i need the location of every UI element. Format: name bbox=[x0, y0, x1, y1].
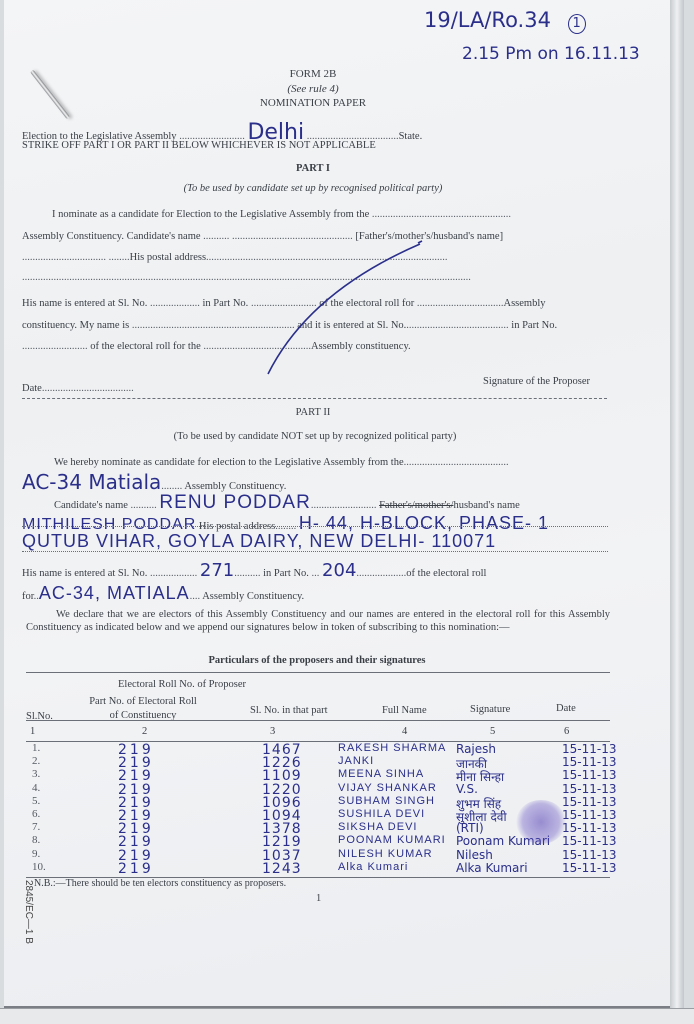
part2-slno: His name is entered at Sl. No. .........… bbox=[22, 560, 486, 581]
part2-text: Assembly Constituency. bbox=[184, 481, 286, 492]
row-full-name: SIKSHA DEVI bbox=[338, 821, 417, 833]
form-rule: (See rule 4) bbox=[0, 83, 626, 95]
row-part-no: 219 bbox=[118, 861, 154, 877]
row-full-name: Alka Kumari bbox=[338, 861, 408, 873]
paper-edge bbox=[670, 0, 684, 1010]
part1-text: I nominate as a candidate for Election t… bbox=[52, 209, 369, 220]
part1-text: and it is entered at Sl. No. bbox=[297, 320, 406, 331]
relation-struck: Father's/mother's/ bbox=[379, 500, 453, 511]
row-date: 15-11-13 bbox=[562, 861, 616, 875]
row-sl-no: 9. bbox=[32, 848, 40, 860]
row-sl-no: 6. bbox=[32, 808, 40, 820]
row-date: 15-11-13 bbox=[562, 755, 616, 769]
part1-text: in Part No. bbox=[511, 320, 557, 331]
candidate-label: Candidate's name bbox=[54, 500, 128, 511]
part1-text: of the electoral roll for bbox=[319, 298, 414, 309]
row-sl-no: 8. bbox=[32, 834, 40, 846]
row-sl-in-part: 1243 bbox=[262, 861, 302, 877]
header-partno: Part No. of Electoral Roll of Constituen… bbox=[88, 695, 198, 723]
partno-value: 204 bbox=[322, 560, 356, 581]
part1-line2: Assembly Constituency. Candidate's name … bbox=[22, 231, 503, 242]
form-number: FORM 2B bbox=[0, 68, 626, 80]
part1-text: of the electoral roll for the bbox=[90, 341, 201, 352]
row-date: 15-11-13 bbox=[562, 795, 616, 809]
row-full-name: SUSHILA DEVI bbox=[338, 808, 425, 820]
column-number: 3 bbox=[270, 726, 275, 737]
part1-heading: PART I bbox=[0, 163, 626, 174]
row-sl-no: 2. bbox=[32, 755, 40, 767]
page-number: 1 bbox=[316, 893, 321, 904]
partno-label: in Part No. bbox=[263, 568, 309, 579]
row-full-name: VIJAY SHANKAR bbox=[338, 782, 437, 794]
part1-text: His postal address bbox=[130, 252, 206, 263]
reference-annotation: 19/LA/Ro.34 1 bbox=[424, 8, 586, 34]
row-date: 15-11-13 bbox=[562, 782, 616, 796]
for-value: AC-34, MATIALA bbox=[39, 583, 190, 603]
table-rule bbox=[26, 672, 610, 673]
header-date: Date bbox=[556, 703, 576, 714]
group-header: Electoral Roll No. of Proposer bbox=[118, 679, 246, 690]
page-marker: 1 bbox=[568, 14, 586, 34]
column-number: 1 bbox=[30, 726, 35, 737]
row-full-name: JANKI bbox=[338, 755, 374, 767]
part2-constituency: AC-34 Matiala........ Assembly Constitue… bbox=[22, 470, 286, 494]
for-label: for bbox=[22, 591, 34, 602]
proposer-signature-label: Signature of the Proposer bbox=[483, 376, 590, 387]
slno-value: 271 bbox=[200, 560, 234, 581]
column-number: 4 bbox=[402, 726, 407, 737]
part1-line6: constituency. My name is ...............… bbox=[22, 320, 557, 331]
strike-instruction: STRIKE OFF PART I OR PART II BELOW WHICH… bbox=[22, 140, 376, 151]
address-line1: H- 44, H-BLOCK, PHASE- 1 bbox=[299, 513, 549, 533]
row-date: 15-11-13 bbox=[562, 834, 616, 848]
row-signature: Nilesh bbox=[456, 848, 493, 862]
row-full-name: MEENA SINHA bbox=[338, 768, 424, 780]
row-sl-no: 1. bbox=[32, 742, 40, 754]
row-date: 15-11-13 bbox=[562, 848, 616, 862]
section-divider bbox=[22, 398, 607, 399]
part2-address-line2: QUTUB VIHAR, GOYLA DAIRY, NEW DELHI- 110… bbox=[22, 531, 496, 552]
declaration-text: We declare that we are electors of this … bbox=[26, 608, 610, 634]
date-label: Date bbox=[22, 383, 42, 394]
reference-number: 19/LA/Ro.34 bbox=[424, 8, 551, 32]
address-line2: QUTUB VIHAR, GOYLA DAIRY, NEW DELHI- 110… bbox=[22, 531, 496, 551]
part1-text: constituency. My name is bbox=[22, 320, 129, 331]
part1-subheading: (To be used by candidate set up by recog… bbox=[0, 183, 626, 194]
row-signature: (RTI) bbox=[456, 821, 484, 835]
constituency-value: AC-34 Matiala bbox=[22, 470, 161, 494]
row-sl-no: 4. bbox=[32, 782, 40, 794]
candidate-name-value: RENU PODDAR bbox=[159, 492, 310, 513]
slno-label: His name is entered at Sl. No. bbox=[22, 568, 147, 579]
row-signature: Alka Kumari bbox=[456, 861, 528, 875]
scanner-bed bbox=[0, 1008, 694, 1024]
row-full-name: SUBHAM SINGH bbox=[338, 795, 435, 807]
table-rule bbox=[26, 720, 610, 721]
dotted-rule bbox=[22, 551, 608, 552]
dotted-rule bbox=[22, 526, 608, 527]
relation-label: husband's name bbox=[453, 500, 519, 511]
part2-heading: PART II bbox=[0, 407, 626, 418]
part2-line1: We hereby nominate as candidate for elec… bbox=[54, 457, 509, 468]
table-title: Particulars of the proposers and their s… bbox=[0, 655, 634, 666]
part1-text: Assembly bbox=[503, 298, 545, 309]
state-label: State. bbox=[399, 131, 423, 142]
row-date: 15-11-13 bbox=[562, 768, 616, 782]
part1-text: [Father's/mother's/husband's name] bbox=[355, 231, 503, 242]
part1-line4: ........................................… bbox=[22, 272, 471, 283]
part1-line5: His name is entered at Sl. No. .........… bbox=[22, 298, 545, 309]
header-signature: Signature bbox=[470, 704, 510, 715]
row-sl-no: 5. bbox=[32, 795, 40, 807]
row-signature: Rajesh bbox=[456, 742, 496, 756]
print-code: 2845/EC—1 B bbox=[23, 880, 34, 944]
table-rule bbox=[26, 741, 610, 742]
part2-text: of the electoral roll bbox=[406, 568, 486, 579]
row-date: 15-11-13 bbox=[562, 742, 616, 756]
header-full-name: Full Name bbox=[382, 705, 427, 716]
column-number: 6 bbox=[564, 726, 569, 737]
row-full-name: POONAM KUMARI bbox=[338, 834, 446, 846]
part1-line7: ......................... of the elector… bbox=[22, 341, 411, 352]
footer-note: N.B.:—There should be ten electors const… bbox=[34, 878, 286, 889]
row-sl-no: 10. bbox=[32, 861, 46, 873]
thumb-impression bbox=[516, 800, 566, 844]
row-signature: V.S. bbox=[456, 782, 478, 796]
part2-for: for..AC-34, MATIALA.... Assembly Constit… bbox=[22, 583, 304, 604]
part1-text: in Part No. bbox=[203, 298, 249, 309]
part1-text: His name is entered at Sl. No. bbox=[22, 298, 147, 309]
row-full-name: NILESH KUMAR bbox=[338, 848, 433, 860]
part1-line1: I nominate as a candidate for Election t… bbox=[52, 209, 511, 220]
part1-text: Assembly Constituency. Candidate's name bbox=[22, 231, 201, 242]
form-title: NOMINATION PAPER bbox=[0, 97, 626, 109]
row-date: 15-11-13 bbox=[562, 821, 616, 835]
column-number: 2 bbox=[142, 726, 147, 737]
part1-text: Assembly constituency. bbox=[311, 341, 411, 352]
part1-line3: ................................ .......… bbox=[22, 252, 448, 263]
part2-text: Assembly Constituency. bbox=[202, 591, 304, 602]
row-full-name: RAKESH SHARMA bbox=[338, 742, 446, 754]
part2-subheading: (To be used by candidate NOT set up by r… bbox=[0, 431, 630, 442]
row-sl-no: 3. bbox=[32, 768, 40, 780]
part2-candidate: Candidate's name .......... RENU PODDAR.… bbox=[54, 492, 520, 514]
part2-text: We hereby nominate as candidate for elec… bbox=[54, 457, 404, 468]
header-slno-part: Sl. No. in that part bbox=[250, 705, 328, 716]
part1-date: Date................................... bbox=[22, 383, 134, 394]
row-sl-no: 7. bbox=[32, 821, 40, 833]
row-date: 15-11-13 bbox=[562, 808, 616, 822]
received-time: 2.15 Pm on 16.11.13 bbox=[462, 44, 640, 64]
column-number: 5 bbox=[490, 726, 495, 737]
